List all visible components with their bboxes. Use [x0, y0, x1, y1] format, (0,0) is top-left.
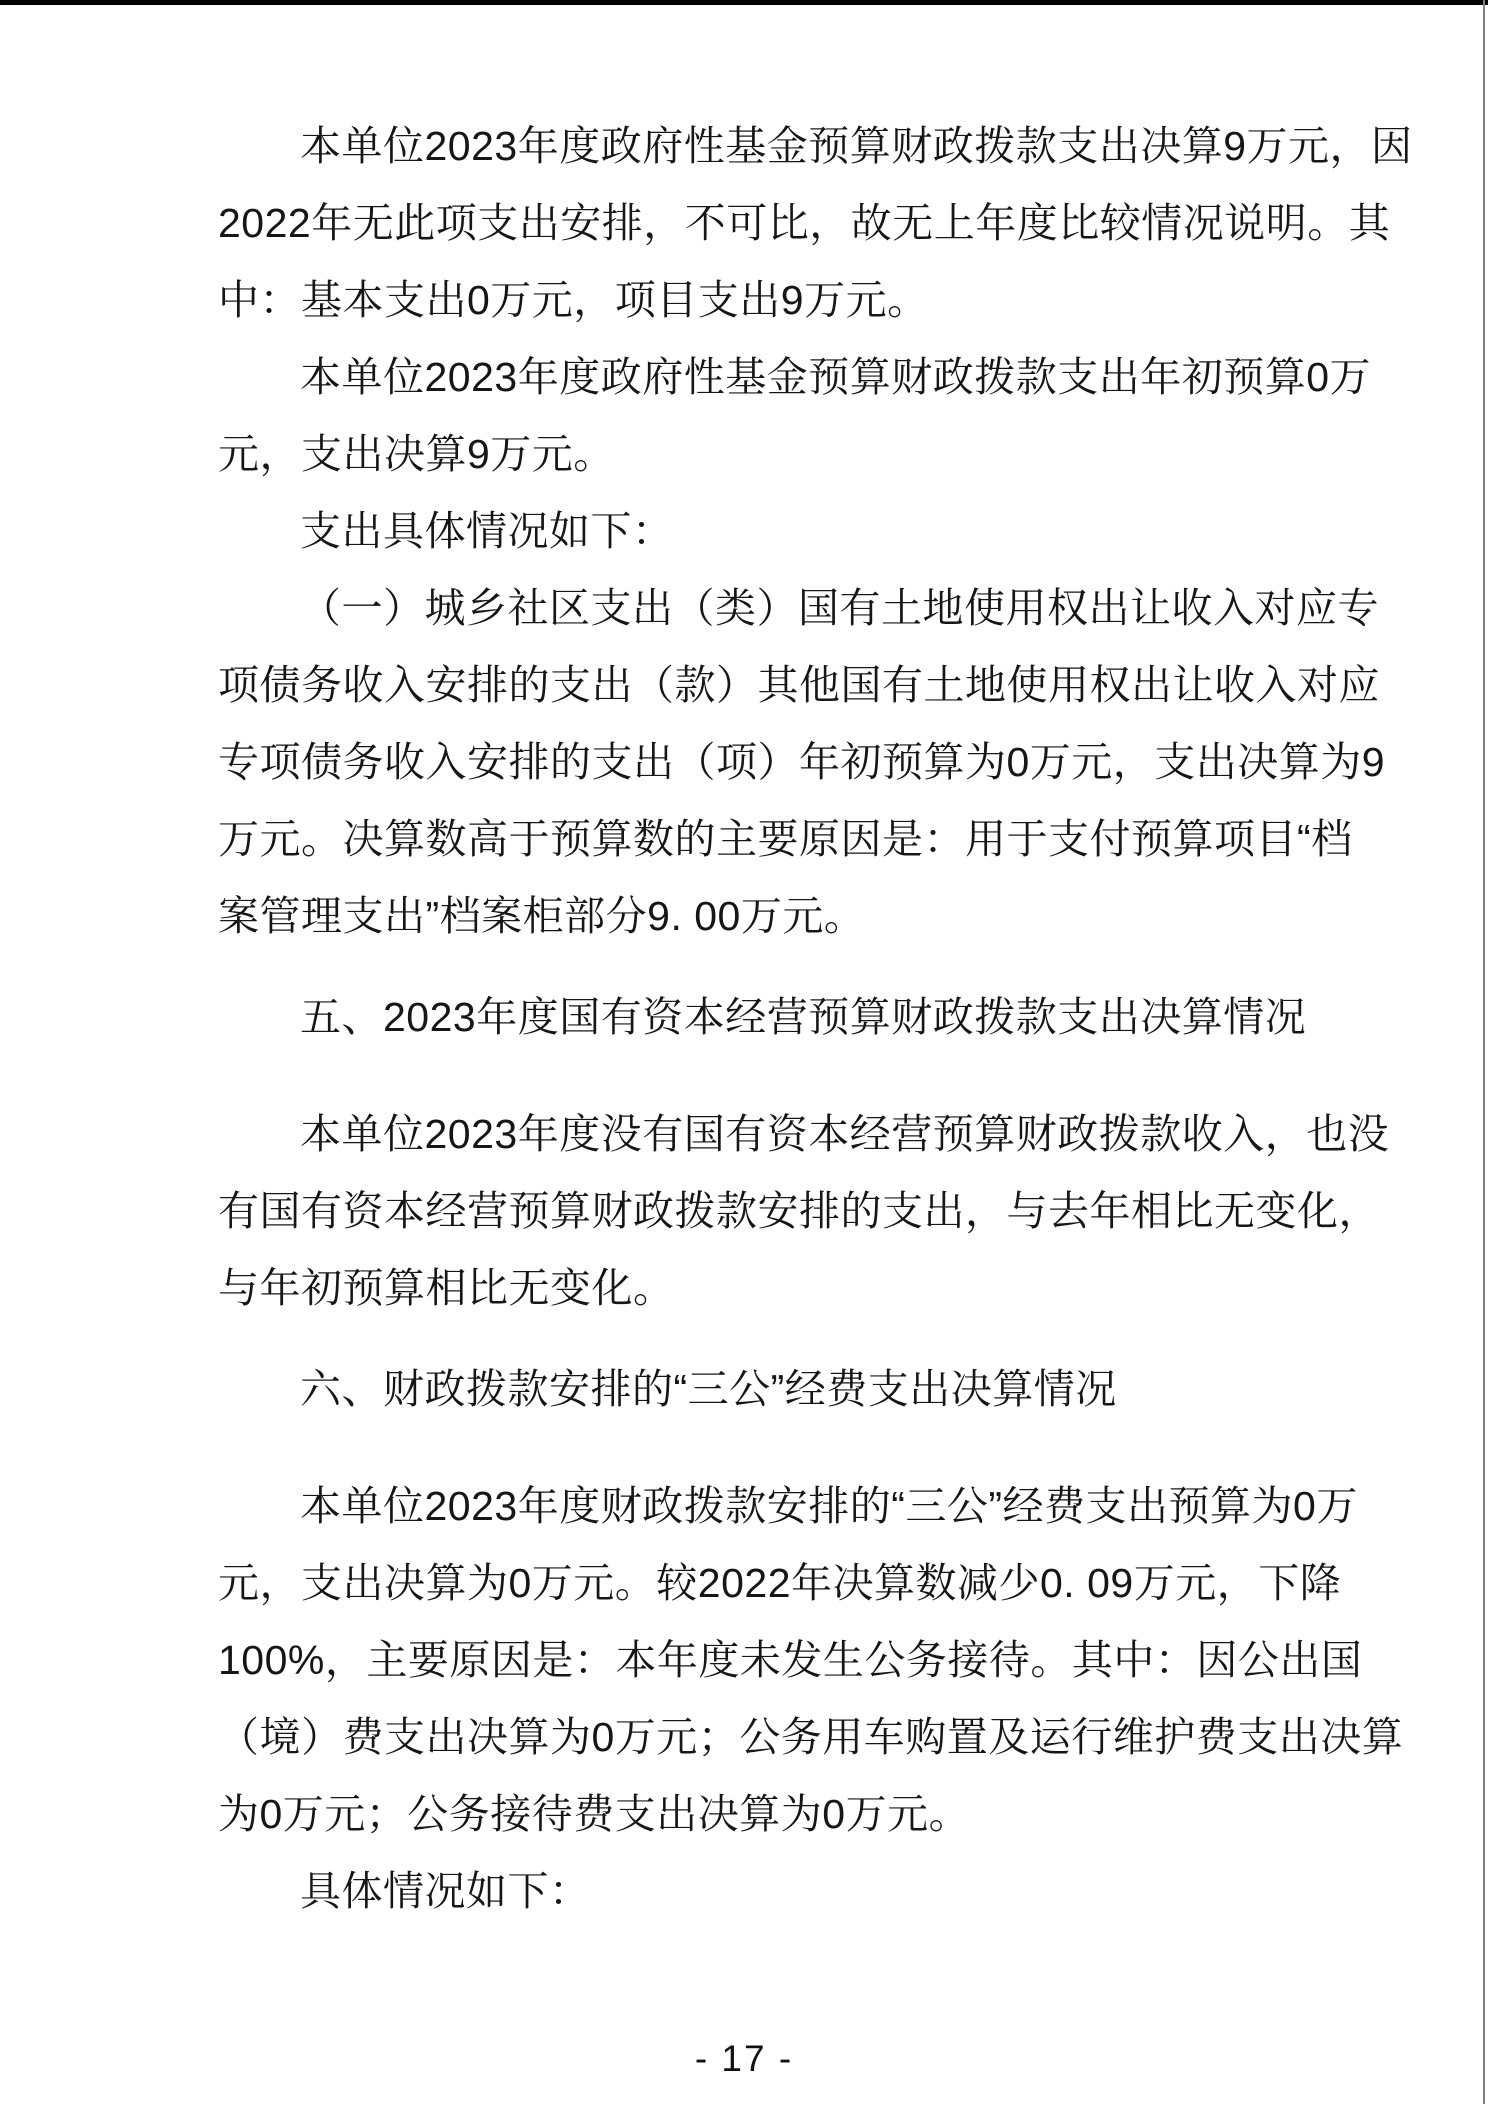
paragraph: 本单位2023年度政府性基金预算财政拨款支出决算9万元，因 2022年无此项支出…: [218, 108, 1358, 339]
body-line: 2022年无此项支出安排，不可比，故无上年度比较情况说明。其: [218, 185, 1358, 262]
document-body: 本单位2023年度政府性基金预算财政拨款支出决算9万元，因 2022年无此项支出…: [218, 108, 1358, 1930]
body-line: 本单位2023年度财政拨款安排的“三公”经费支出预算为0万: [218, 1468, 1358, 1545]
body-line: 支出具体情况如下：: [218, 493, 1358, 570]
body-line: 元，支出决算为0万元。较2022年决算数减少0. 09万元，下降: [218, 1545, 1358, 1622]
body-line: 为0万元；公务接待费支出决算为0万元。: [218, 1776, 1358, 1853]
page-number: - 17 -: [0, 2038, 1488, 2080]
body-line: 本单位2023年度没有国有资本经营预算财政拨款收入，也没: [218, 1096, 1358, 1173]
document-page: 本单位2023年度政府性基金预算财政拨款支出决算9万元，因 2022年无此项支出…: [0, 0, 1488, 2104]
body-line: 100%，主要原因是：本年度未发生公务接待。其中：因公出国: [218, 1622, 1358, 1699]
section-heading-5: 五、2023年度国有资本经营预算财政拨款支出决算情况: [218, 979, 1358, 1056]
section-heading-6: 六、财政拨款安排的“三公”经费支出决算情况: [218, 1351, 1358, 1428]
body-line: 中：基本支出0万元，项目支出9万元。: [218, 262, 1358, 339]
paragraph: 具体情况如下：: [218, 1853, 1358, 1930]
body-line: 具体情况如下：: [218, 1853, 1358, 1930]
body-line: 元，支出决算9万元。: [218, 416, 1358, 493]
body-line: 万元。决算数高于预算数的主要原因是：用于支付预算项目“档: [218, 801, 1358, 878]
scan-top-edge-bar: [0, 0, 1488, 5]
body-line: 案管理支出”档案柜部分9. 00万元。: [218, 878, 1358, 955]
paragraph: 本单位2023年度没有国有资本经营预算财政拨款收入，也没 有国有资本经营预算财政…: [218, 1096, 1358, 1327]
scan-right-edge-line: [1483, 0, 1485, 2104]
body-line: 本单位2023年度政府性基金预算财政拨款支出年初预算0万: [218, 339, 1358, 416]
body-line: （境）费支出决算为0万元；公务用车购置及运行维护费支出决算: [218, 1699, 1358, 1776]
paragraph: 本单位2023年度政府性基金预算财政拨款支出年初预算0万 元，支出决算9万元。: [218, 339, 1358, 493]
body-line: 与年初预算相比无变化。: [218, 1250, 1358, 1327]
paragraph: 本单位2023年度财政拨款安排的“三公”经费支出预算为0万 元，支出决算为0万元…: [218, 1468, 1358, 1853]
body-line: （一）城乡社区支出（类）国有土地使用权出让收入对应专: [218, 570, 1358, 647]
paragraph: 支出具体情况如下：: [218, 493, 1358, 570]
paragraph: （一）城乡社区支出（类）国有土地使用权出让收入对应专 项债务收入安排的支出（款）…: [218, 570, 1358, 955]
body-line: 项债务收入安排的支出（款）其他国有土地使用权出让收入对应: [218, 647, 1358, 724]
body-line: 有国有资本经营预算财政拨款安排的支出，与去年相比无变化，: [218, 1173, 1358, 1250]
body-line: 专项债务收入安排的支出（项）年初预算为0万元，支出决算为9: [218, 724, 1358, 801]
body-line: 本单位2023年度政府性基金预算财政拨款支出决算9万元，因: [218, 108, 1358, 185]
